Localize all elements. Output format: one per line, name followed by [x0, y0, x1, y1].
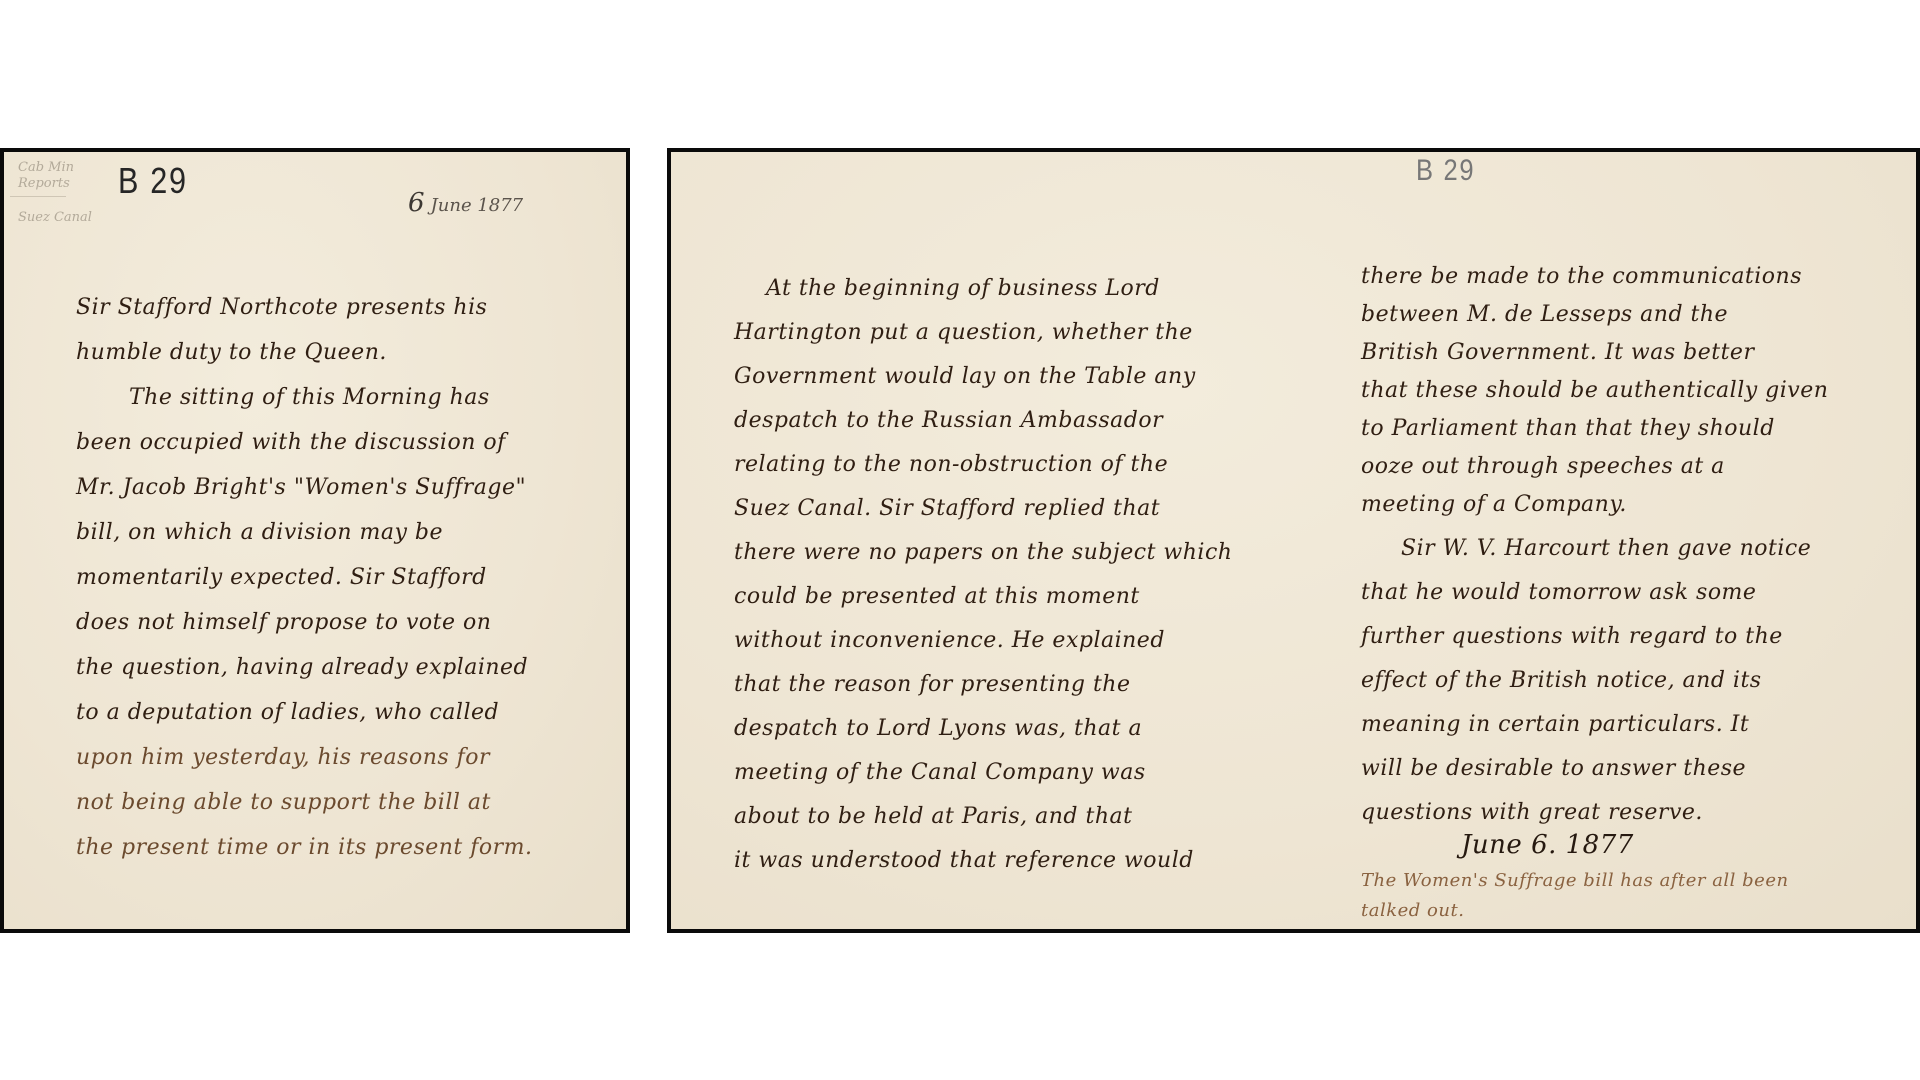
- letter-line: that these should be authentically given: [1361, 378, 1828, 403]
- letter-line: meaning in certain particulars. It: [1361, 712, 1749, 737]
- archive-stamp: B 29: [118, 160, 188, 202]
- letter-line: without inconvenience. He explained: [734, 628, 1165, 653]
- letter-line: Mr. Jacob Bright's "Women's Suffrage": [76, 475, 526, 500]
- letter-line: to Parliament than that they should: [1361, 416, 1775, 441]
- letter-line: British Government. It was better: [1361, 340, 1754, 365]
- letter-line: bill, on which a division may be: [76, 520, 443, 545]
- margin-note-suez-canal: Suez Canal: [18, 210, 92, 226]
- letter-line: the question, having already explained: [76, 655, 528, 680]
- archive-stamp: B 29: [1416, 154, 1475, 188]
- letter-line: between M. de Lesseps and the: [1361, 302, 1728, 327]
- letter-line: questions with great reserve.: [1361, 800, 1703, 825]
- letter-line: it was understood that reference would: [734, 848, 1194, 873]
- margin-note-cab-min: Cab Min: [18, 160, 74, 176]
- letter-line: the present time or in its present form.: [76, 835, 533, 860]
- date-header-day: 6: [408, 188, 425, 218]
- letter-line: not being able to support the bill at: [76, 790, 491, 815]
- manuscript-page-left: Cab Min Reports Suez Canal B 29 6June 18…: [0, 148, 630, 933]
- margin-note-reports: Reports: [18, 176, 70, 192]
- letter-line: to a deputation of ladies, who called: [76, 700, 499, 725]
- letter-line: effect of the British notice, and its: [1361, 668, 1762, 693]
- letter-line: that he would tomorrow ask some: [1361, 580, 1756, 605]
- letter-line: despatch to the Russian Ambassador: [734, 408, 1163, 433]
- letter-line: will be desirable to answer these: [1361, 756, 1746, 781]
- signature-date: June 6. 1877: [1461, 830, 1634, 860]
- letter-line: meeting of the Canal Company was: [734, 760, 1146, 785]
- letter-line: At the beginning of business Lord: [766, 276, 1160, 301]
- letter-line: Sir W. V. Harcourt then gave notice: [1401, 536, 1811, 561]
- margin-divider: [10, 196, 66, 197]
- letter-line: there be made to the communications: [1361, 264, 1802, 289]
- postscript-line: talked out.: [1361, 900, 1464, 921]
- letter-line: Hartington put a question, whether the: [734, 320, 1193, 345]
- letter-line: there were no papers on the subject whic…: [734, 540, 1232, 565]
- manuscript-page-right: B 29 At the beginning of business Lord H…: [667, 148, 1920, 933]
- letter-line: despatch to Lord Lyons was, that a: [734, 716, 1142, 741]
- letter-line: does not himself propose to vote on: [76, 610, 491, 635]
- date-header: 6June 1877: [408, 188, 523, 218]
- letter-line: about to be held at Paris, and that: [734, 804, 1132, 829]
- letter-line: that the reason for presenting the: [734, 672, 1130, 697]
- letter-line: humble duty to the Queen.: [76, 340, 387, 365]
- letter-line: relating to the non-obstruction of the: [734, 452, 1168, 477]
- letter-line: Sir Stafford Northcote presents his: [76, 295, 487, 320]
- letter-line: could be presented at this moment: [734, 584, 1140, 609]
- letter-line: ooze out through speeches at a: [1361, 454, 1725, 479]
- letter-line: further questions with regard to the: [1361, 624, 1783, 649]
- letter-line: been occupied with the discussion of: [76, 430, 506, 455]
- letter-line: Suez Canal. Sir Stafford replied that: [734, 496, 1160, 521]
- letter-line: momentarily expected. Sir Stafford: [76, 565, 487, 590]
- letter-line: Government would lay on the Table any: [734, 364, 1196, 389]
- letter-line: meeting of a Company.: [1361, 492, 1627, 517]
- date-header-month-year: June 1877: [431, 195, 524, 216]
- letter-line: upon him yesterday, his reasons for: [76, 745, 490, 770]
- postscript-line: The Women's Suffrage bill has after all …: [1361, 870, 1789, 891]
- letter-line: The sitting of this Morning has: [129, 385, 490, 410]
